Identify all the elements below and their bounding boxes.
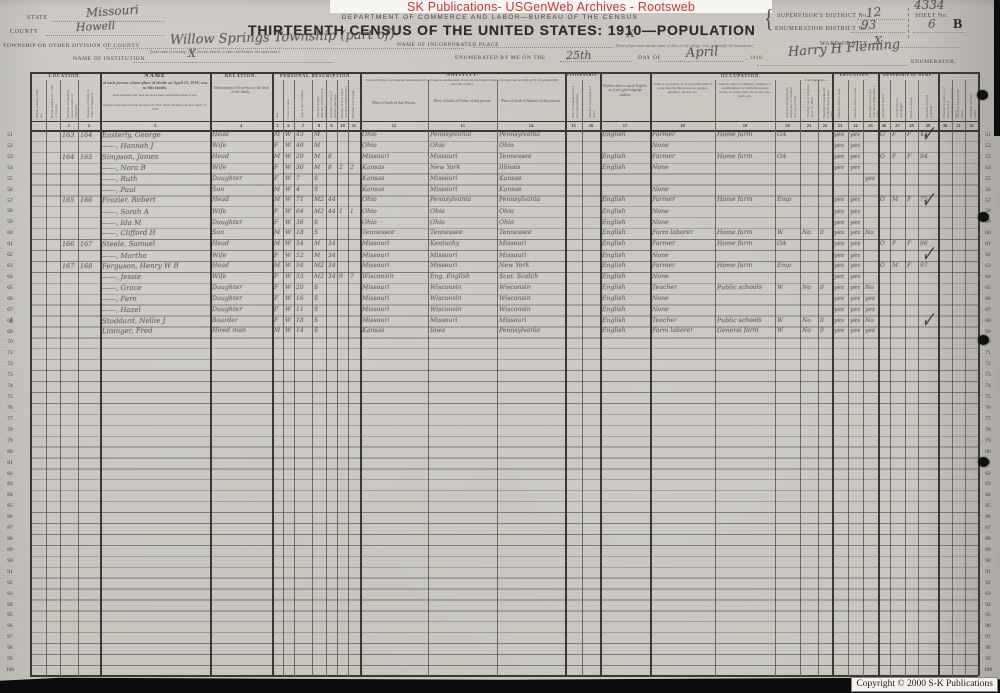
row-number-left: 55 — [2, 176, 18, 182]
column-number-16: 16 — [582, 123, 600, 128]
census-cell-color: W — [285, 317, 291, 324]
census-cell-age: 29 — [296, 153, 304, 160]
census-cell-name: ——, Ruth — [102, 175, 138, 183]
census-cell-age: 30 — [296, 164, 304, 171]
census-cell-relation: Head — [212, 240, 229, 247]
census-cell-sex: M — [274, 262, 280, 269]
row-number-right: 79 — [980, 438, 996, 444]
enumerator-label: ENUMERATOR. — [911, 59, 956, 65]
row-number-left: 73 — [2, 372, 18, 378]
census-cell-pob: Ohio — [362, 208, 377, 215]
county-value: Howell — [76, 19, 116, 34]
row-number-left: 61 — [2, 241, 18, 247]
row-number-right: 54 — [980, 165, 996, 171]
census-cell-marital: S — [314, 295, 318, 302]
census-cell-write: yes — [850, 163, 860, 170]
census-cell-color: W — [285, 196, 291, 203]
census-cell-employer: OA — [777, 240, 786, 247]
copyright-box: Copyright © 2000 S-K Publications — [851, 677, 998, 692]
row-number-left: 97 — [2, 634, 18, 640]
census-cell-age: 14 — [296, 327, 304, 334]
column-label-immigration: Year of immigration to the United States… — [571, 84, 579, 118]
census-cell-pob_mother: Pennsylvania — [499, 131, 540, 138]
census-cell-write: yes — [850, 317, 860, 324]
census-cell-sex: F — [274, 306, 278, 313]
census-cell-free: M — [892, 196, 898, 203]
column-group-title-citizenship: CITIZENSHIP. — [565, 73, 600, 77]
row-number-left: 60 — [2, 230, 18, 236]
column-number-7: 7 — [294, 123, 312, 128]
census-cell-pob_mother: Wisconsin — [499, 284, 531, 291]
row-number-right: 97 — [980, 634, 996, 640]
column-label-marital: Whether single, married, widowed, or div… — [316, 84, 328, 118]
census-cell-owned: O — [880, 131, 885, 138]
institution-value: X — [188, 47, 196, 60]
census-cell-name: ——, Hazel — [102, 306, 141, 314]
column-label-industry: General nature of industry, business, or… — [717, 82, 773, 98]
row-number-left: 91 — [2, 569, 18, 575]
row-number-left: 89 — [2, 547, 18, 553]
census-cell-pob: Kansas — [362, 175, 384, 182]
row-number-left: 52 — [2, 143, 18, 149]
row-number-left: 58 — [2, 208, 18, 214]
row-number-left: 82 — [2, 471, 18, 477]
row-number-right: 67 — [980, 307, 996, 313]
census-cell-marital: M — [314, 240, 320, 247]
census-cell-marital: M — [314, 131, 320, 138]
census-cell-read: yes — [834, 153, 844, 160]
census-cell-marital: M — [314, 164, 320, 171]
census-cell-pob_mother: Kansas — [499, 175, 521, 182]
row-number-left: 56 — [2, 187, 18, 193]
census-cell-pob_mother: Missouri — [499, 252, 526, 259]
census-cell-pob: Wisconsin — [362, 273, 394, 280]
column-number-24: 24 — [848, 123, 863, 128]
row-number-left: 51 — [2, 132, 18, 138]
census-cell-owned: O — [880, 153, 885, 160]
row-number-right: 78 — [980, 427, 996, 433]
page-number-handwritten: 4334 — [914, 0, 945, 12]
census-cell-marital: M2 — [314, 262, 324, 269]
row-number-right: 100 — [980, 667, 996, 673]
census-cell-dwelling: 165 — [62, 196, 75, 204]
census-cell-sex: M — [274, 131, 280, 138]
row-number-left: 76 — [2, 405, 18, 411]
census-cell-age: 40 — [296, 142, 304, 149]
township-value: Willow Springs Township (part of) — [170, 27, 395, 48]
census-cell-employer: OA — [777, 153, 786, 160]
row-number-right: 91 — [980, 569, 996, 575]
incorporated-place-line — [473, 47, 613, 48]
census-cell-age: 43 — [296, 131, 304, 138]
census-cell-pob_mother: Missouri — [499, 240, 526, 247]
census-cell-pob: Missouri — [362, 262, 389, 269]
incorporated-place-value: X — [627, 27, 635, 40]
census-cell-marital: S — [314, 327, 318, 334]
census-cell-trade: None — [652, 219, 669, 226]
census-cell-pob_mother: New York — [499, 262, 529, 269]
census-cell-pob_father: Eng. English — [430, 273, 470, 280]
census-cell-trade: Farm laborer — [652, 229, 693, 236]
census-cell-pob_father: Tennessee — [430, 229, 463, 236]
census-cell-read: yes — [834, 295, 844, 302]
census-cell-relation: Head — [212, 262, 229, 269]
column-group-title-relation: RELATION. — [210, 73, 272, 78]
row-number-left: 69 — [2, 329, 18, 335]
census-cell-relation: Daughter — [212, 219, 242, 226]
column-number-15: 15 — [565, 123, 582, 128]
census-cell-farm_house: F — [907, 262, 911, 269]
row-number-left: 87 — [2, 525, 18, 531]
punch-hole — [977, 90, 988, 100]
column-number-8: 8 — [312, 123, 326, 128]
census-cell-color: W — [285, 327, 291, 334]
row-number-right: 66 — [980, 296, 996, 302]
row-number-right: 86 — [980, 514, 996, 520]
census-cell-name: Frazier, Robert — [102, 196, 156, 205]
census-cell-weeks_out: 0 — [820, 327, 824, 334]
census-cell-employer: OA — [777, 131, 786, 138]
census-cell-english: English — [602, 240, 626, 247]
county-line — [46, 35, 164, 36]
census-cell-marital: M — [314, 252, 320, 259]
ward-value: X — [874, 34, 882, 47]
census-cell-owned: O — [880, 196, 885, 203]
census-cell-industry: Home farm — [717, 131, 752, 138]
census-cell-pob: Missouri — [362, 240, 389, 247]
census-cell-free: F — [892, 240, 896, 247]
census-cell-dwelling: 166 — [62, 240, 75, 248]
census-cell-marital: S — [314, 306, 318, 313]
census-cell-color: W — [285, 164, 291, 171]
census-cell-school: yes — [865, 295, 875, 302]
nativity-instruction: Place of birth of each person and parent… — [363, 78, 562, 86]
punch-hole — [978, 212, 989, 222]
column-number-27: 27 — [890, 123, 905, 128]
row-number-left: 93 — [2, 591, 18, 597]
row-number-right: 61 — [980, 241, 996, 247]
sheet-value: 6 — [928, 17, 936, 31]
column-number-10: 10 — [337, 123, 348, 128]
census-cell-sex: F — [274, 219, 278, 226]
census-cell-pob_father: Missouri — [430, 153, 457, 160]
census-cell-age: 20 — [296, 284, 304, 291]
column-label-dwelling: Number of dwelling house in order of vis… — [66, 84, 78, 118]
census-cell-employer: W — [777, 229, 783, 236]
row-number-left: 85 — [2, 503, 18, 509]
row-number-right: 60 — [980, 230, 996, 236]
census-cell-pob_mother: Ohio — [499, 219, 514, 226]
column-label-years_married: Number of years of present marriage. — [329, 84, 337, 118]
column-label-weeks_out: Number of weeks out of work during year … — [822, 84, 834, 118]
census-cell-industry: Public schools — [717, 284, 762, 291]
census-cell-relation: Boarder — [212, 317, 238, 324]
census-cell-trade: Farmer — [652, 240, 675, 247]
punch-hole — [978, 335, 989, 345]
row-number-right: 65 — [980, 285, 996, 291]
census-cell-relation: Wife — [212, 252, 227, 259]
row-number-left: 74 — [2, 383, 18, 389]
census-cell-trade: Teacher — [652, 284, 677, 291]
column-group-title-name: NAME — [100, 73, 210, 79]
census-cell-sex: M — [274, 240, 280, 247]
row-number-left: 94 — [2, 602, 18, 608]
census-cell-sex: F — [274, 164, 278, 171]
row-number-left: 70 — [2, 339, 18, 345]
census-cell-marital: M2 — [314, 273, 324, 280]
census-cell-dwelling: 164 — [62, 153, 75, 161]
census-cell-write: yes — [850, 295, 860, 302]
row-number-right: 99 — [980, 656, 996, 662]
column-number-11: 11 — [348, 123, 360, 128]
census-cell-pob: Missouri — [362, 306, 389, 313]
census-cell-read: yes — [834, 306, 844, 313]
census-cell-marital: M2 — [314, 208, 324, 215]
census-cell-age: 52 — [296, 252, 304, 259]
state-label: STATE — [27, 15, 48, 21]
census-cell-dwelling: 167 — [62, 262, 75, 270]
census-cell-employer: W — [777, 284, 783, 291]
census-cell-school: No — [865, 229, 874, 236]
census-cell-english: English — [602, 153, 626, 160]
column-label-color: Color or race. — [286, 84, 290, 118]
census-cell-read: yes — [834, 131, 844, 138]
census-cell-years_married: 34 — [328, 252, 336, 259]
census-cell-color: W — [285, 284, 291, 291]
census-cell-english: English — [602, 131, 626, 138]
census-cell-english: English — [602, 252, 626, 259]
census-cell-school: No — [865, 284, 874, 291]
column-label-street: Street, avenue, road, etc. — [35, 84, 43, 118]
census-cell-weeks_out: 0 — [820, 284, 824, 291]
row-number-left: 62 — [2, 252, 18, 258]
census-cell-farm_no: 94 — [920, 153, 928, 160]
census-cell-color: W — [285, 219, 291, 226]
census-cell-employer: W — [777, 317, 783, 324]
column-number-32: 32 — [965, 123, 978, 128]
census-cell-industry: Home farm — [717, 196, 752, 203]
census-cell-pob_father: Missouri — [430, 262, 457, 269]
township-line — [106, 48, 464, 49]
census-cell-family: 166 — [80, 196, 93, 204]
row-number-right: 53 — [980, 154, 996, 160]
row-number-right: 93 — [980, 591, 996, 597]
column-label-free: Owned free or mortgaged. — [895, 84, 903, 118]
census-cell-marital: S — [314, 229, 318, 236]
column-number-12: 12 — [360, 123, 428, 128]
census-cell-pob: Ohio — [362, 131, 377, 138]
row-number-right: 75 — [980, 394, 996, 400]
enumerated-month-value: April — [686, 44, 719, 61]
census-cell-pob_mother: Ohio — [499, 208, 514, 215]
scan-edge-bottom — [0, 676, 1000, 693]
township-note: [Insert name of township, town, precinct… — [150, 50, 280, 54]
census-cell-write: yes — [850, 327, 860, 334]
row-number-left: 66 — [2, 296, 18, 302]
column-number-13: 13 — [428, 123, 497, 128]
row-number-right: 69 — [980, 329, 996, 335]
row-number-left: 84 — [2, 492, 18, 498]
census-cell-age: 18 — [296, 229, 304, 236]
census-cell-pob_father: Wisconsin — [430, 294, 462, 301]
census-cell-write: yes — [850, 284, 860, 291]
enumeration-district-line — [851, 32, 905, 33]
census-cell-pob_father: Ohio — [430, 142, 445, 149]
census-cell-pob_mother: Missouri — [499, 317, 526, 324]
column-label-farm_house: Farm or house. — [909, 84, 913, 118]
column-number-14: 14 — [497, 123, 565, 128]
census-cell-color: W — [285, 208, 291, 215]
census-cell-school: yes — [865, 175, 875, 182]
row-number-right: 98 — [980, 645, 996, 651]
census-cell-pob: Missouri — [362, 252, 389, 259]
row-number-right: 57 — [980, 198, 996, 204]
census-cell-age: 16 — [296, 295, 304, 302]
column-number-25: 25 — [863, 123, 878, 128]
census-cell-write: yes — [850, 229, 860, 236]
census-cell-school: yes — [865, 327, 875, 334]
census-cell-read: yes — [834, 240, 844, 247]
census-cell-family: 167 — [80, 240, 93, 248]
census-cell-out_of_work: No — [802, 229, 811, 236]
census-cell-read: yes — [834, 196, 844, 203]
column-label-pob_mother: Place of birth of Mother of this person. — [499, 99, 563, 104]
census-cell-relation: Wife — [212, 163, 227, 170]
census-cell-pob_mother: Tennessee — [499, 229, 532, 236]
census-cell-pob_father: Ohio — [430, 208, 445, 215]
census-cell-pob_father: New York — [430, 163, 460, 170]
census-cell-age: 54 — [296, 262, 304, 269]
census-scan-page: SK Publications- USGenWeb Archives - Roo… — [0, 0, 1000, 693]
census-cell-name: ——, Nora B — [102, 163, 146, 171]
census-cell-read: yes — [834, 284, 844, 291]
census-cell-age: 4 — [296, 186, 300, 193]
census-cell-out_of_work: No — [802, 284, 811, 291]
census-cell-free: F — [892, 131, 896, 138]
county-label: COUNTY — [10, 29, 39, 35]
row-number-left: 81 — [2, 460, 18, 466]
census-cell-employer: W — [777, 327, 783, 334]
row-number-right: 56 — [980, 187, 996, 193]
census-cell-farm_no: 97 — [920, 262, 928, 269]
row-number-right: 62 — [980, 252, 996, 258]
state-value: Missouri — [86, 2, 140, 20]
census-cell-relation: Wife — [212, 208, 227, 215]
column-number-19: 19 — [715, 123, 775, 128]
census-cell-trade: Farmer — [652, 262, 675, 269]
column-number-6: 6 — [283, 123, 294, 128]
census-cell-pob_mother: Tennessee — [499, 153, 532, 160]
census-cell-dwelling: 163 — [62, 131, 75, 139]
row-number-left: 79 — [2, 438, 18, 444]
census-cell-trade: None — [652, 208, 669, 215]
column-label-blind: Whether blind (both eyes). — [956, 84, 964, 118]
column-number-2: 2 — [78, 123, 100, 128]
census-cell-farm_house: F — [907, 196, 911, 203]
row-number-right: 85 — [980, 503, 996, 509]
row-number-right: 96 — [980, 623, 996, 629]
census-cell-industry: Home farm — [717, 229, 752, 236]
census-cell-pob: Ohio — [362, 196, 377, 203]
census-cell-family: 164 — [80, 131, 93, 139]
row-number-right: 92 — [980, 580, 996, 586]
enumerator-line — [757, 65, 907, 66]
census-cell-color: W — [285, 153, 291, 160]
census-cell-name: ——, Paul — [102, 186, 136, 194]
census-cell-sex: M — [274, 229, 280, 236]
census-cell-read: yes — [834, 219, 844, 226]
census-cell-trade: None — [652, 163, 669, 170]
census-cell-pob: Tennessee — [362, 229, 395, 236]
column-label-pob_father: Place of birth of Father of this person. — [430, 99, 495, 104]
census-cell-pob_father: Missouri — [430, 317, 457, 324]
census-cell-read: yes — [834, 252, 844, 259]
census-cell-color: W — [285, 229, 291, 236]
census-cell-marital: M2 — [314, 196, 324, 203]
row-number-left: 53 — [2, 154, 18, 160]
census-cell-english: English — [602, 229, 626, 236]
row-number-right: 94 — [980, 602, 996, 608]
census-cell-english: English — [602, 327, 626, 334]
column-number-31: 31 — [952, 123, 965, 128]
census-cell-sex: M — [274, 196, 280, 203]
row-number-left: 80 — [2, 449, 18, 455]
row-number-right: 64 — [980, 274, 996, 280]
census-cell-relation: Head — [212, 196, 229, 203]
census-cell-marital: S — [314, 219, 318, 226]
year-label: , 1910. — [746, 56, 764, 61]
census-cell-marital: S — [314, 317, 318, 324]
census-cell-english: English — [602, 208, 626, 215]
census-cell-write: yes — [850, 196, 860, 203]
column-label-house: House number (in cities or towns). — [50, 84, 58, 118]
census-cell-read: yes — [834, 142, 844, 149]
column-number-17: 17 — [600, 123, 650, 128]
census-cell-pob_father: Ohio — [430, 219, 445, 226]
department-line: DEPARTMENT OF COMMERCE AND LABOR—BUREAU … — [330, 14, 650, 21]
census-cell-age: 38 — [296, 219, 304, 226]
row-number-right: 73 — [980, 372, 996, 378]
census-cell-color: W — [285, 175, 291, 182]
census-cell-pob_father: Pennsylvania — [430, 196, 471, 203]
census-cell-name: Simpson, James — [102, 153, 158, 162]
row-number-left: 75 — [2, 394, 18, 400]
census-cell-years_married: 44 — [328, 208, 336, 215]
census-cell-trade: None — [652, 306, 669, 313]
census-cell-color: W — [285, 240, 291, 247]
census-cell-relation: Head — [212, 131, 229, 138]
census-cell-color: W — [285, 131, 291, 138]
census-cell-trade: Teacher — [652, 317, 677, 324]
column-label-employer: Whether an employer, employee, or workin… — [785, 84, 797, 118]
employee-header: If an employee— — [800, 79, 832, 83]
supervisor-district-label: SUPERVISOR'S DISTRICT No. — [777, 13, 869, 19]
census-cell-name: Lininger, Fred — [102, 327, 153, 336]
row-number-right: 87 — [980, 525, 996, 531]
census-cell-color: W — [285, 142, 291, 149]
census-cell-write: yes — [850, 142, 860, 149]
census-cell-pob: Missouri — [362, 294, 389, 301]
census-cell-name: ——, Grace — [102, 284, 142, 292]
census-cell-pob: Kansas — [362, 186, 384, 193]
column-label-out_of_work: Whether out of work on April 15, 1910. — [806, 84, 814, 118]
column-number-28: 28 — [905, 123, 918, 128]
census-cell-name: ——, Clifford H — [102, 229, 156, 238]
census-cell-name: ——, Jessie — [102, 273, 141, 281]
row-number-left: 83 — [2, 481, 18, 487]
census-cell-sex: F — [274, 142, 278, 149]
row-number-left: 57 — [2, 198, 18, 204]
